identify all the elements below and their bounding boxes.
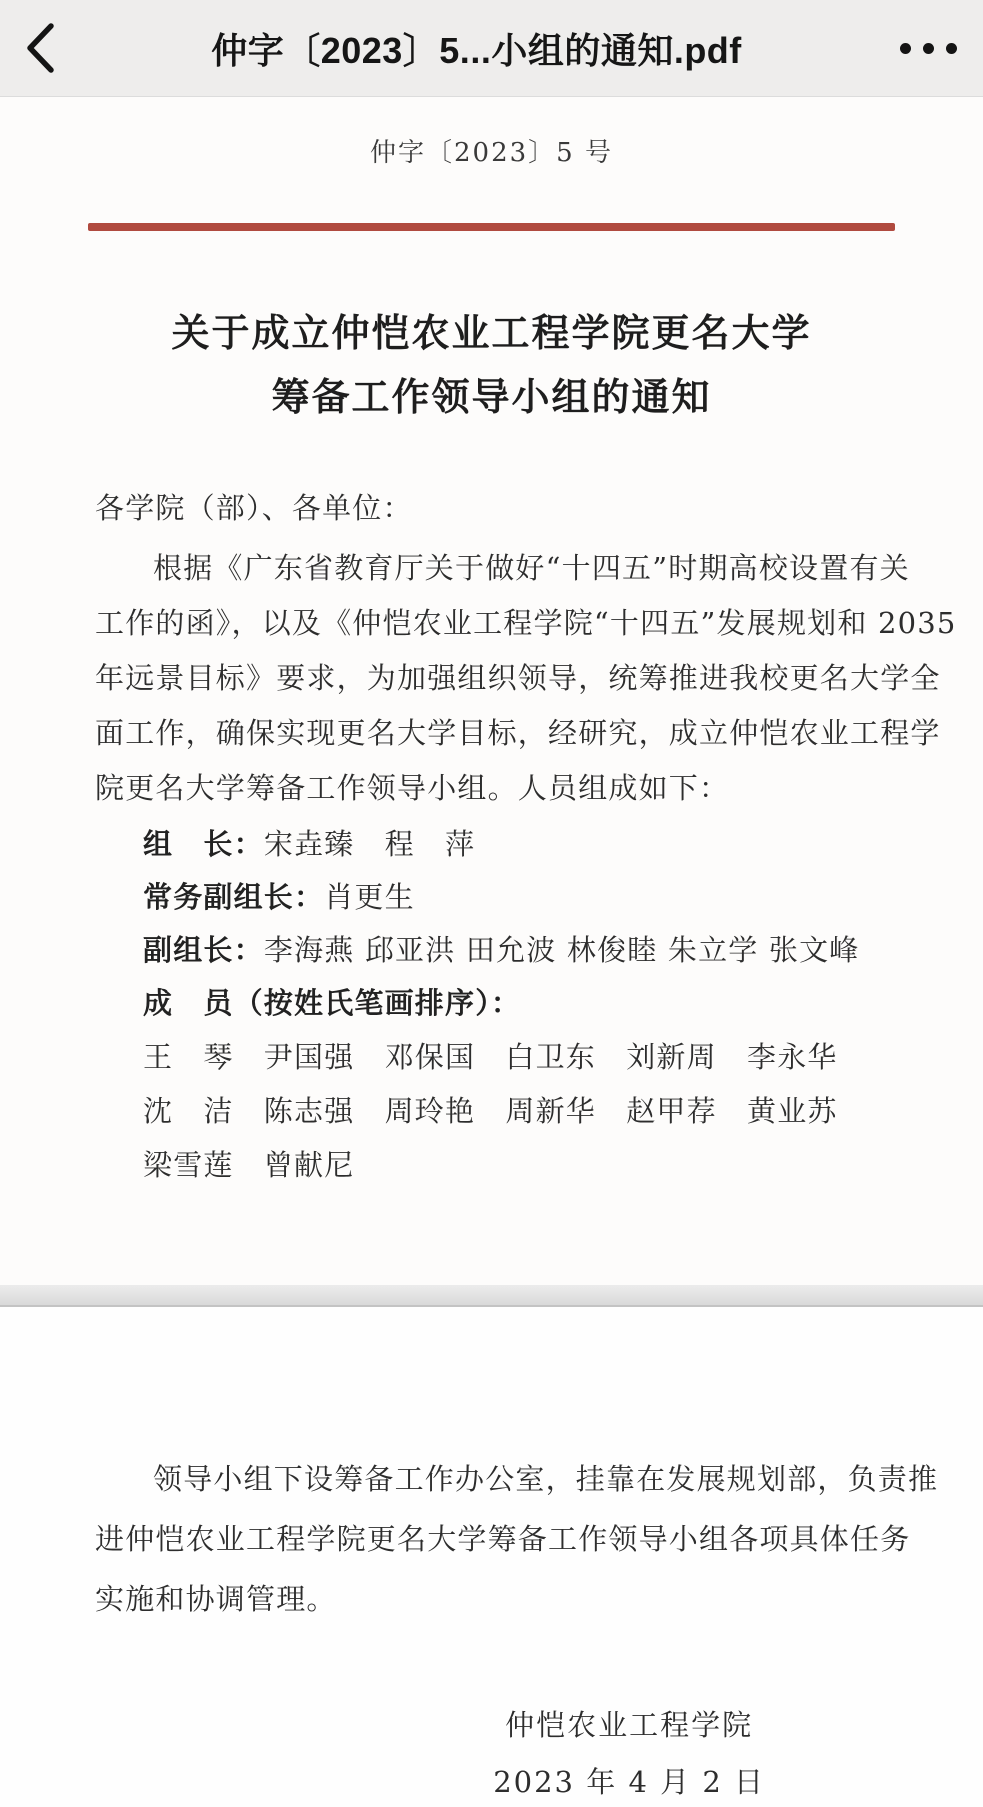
pdf-page-1: 仲字〔2023〕5 号 关于成立仲恺农业工程学院更名大学 筹备工作领导小组的通知… — [0, 97, 983, 1285]
ellipsis-dot-icon — [900, 43, 911, 54]
paragraph-line: 年远景目标》要求，为加强组织领导，统筹推进我校更名大学全 — [95, 651, 891, 706]
signature-date: 2023 年 4 月 2 日 — [493, 1754, 765, 1807]
more-options-button[interactable] — [873, 0, 983, 97]
paragraph-2: 领导小组下设筹备工作办公室，挂靠在发展规划部，负责推 进仲恺农业工程学院更名大学… — [95, 1449, 891, 1629]
document-title-line1: 关于成立仲恺农业工程学院更名大学 — [0, 301, 983, 365]
roster-label: 副组长： — [143, 933, 264, 967]
paragraph-line: 工作的函》，以及《仲恺农业工程学院“十四五”发展规划和 2035 — [95, 596, 891, 651]
signer-name: 仲恺农业工程学院 — [493, 1697, 765, 1754]
member-line: 梁雪莲 曾献尼 — [95, 1138, 891, 1192]
screenshot-root: { "header": { "title": "仲字〔2023〕5...小组的通… — [0, 0, 983, 1807]
paragraph-line: 实施和协调管理。 — [95, 1569, 891, 1629]
roster-label: 成 员（按姓氏笔画排序）： — [143, 986, 521, 1020]
roster-names: 李海燕 邱亚洪 田允波 林俊睦 朱立学 张文峰 — [264, 933, 860, 967]
paragraph-line: 根据《广东省教育厅关于做好“十四五”时期高校设置有关 — [95, 541, 891, 596]
member-line: 王 琴 尹国强 邓保国 白卫东 刘新周 李永华 — [95, 1030, 891, 1084]
app-header: 仲字〔2023〕5...小组的通知.pdf — [0, 0, 983, 97]
pdf-page-2: 领导小组下设筹备工作办公室，挂靠在发展规划部，负责推 进仲恺农业工程学院更名大学… — [0, 1307, 983, 1807]
member-name-list: 王 琴 尹国强 邓保国 白卫东 刘新周 李永华 沈 洁 陈志强 周玲艳 周新华 … — [95, 1030, 891, 1192]
red-divider-rule — [88, 223, 895, 231]
roster-row-leader: 组 长：宋垚臻 程 萍 — [95, 818, 891, 871]
roster-names: 宋垚臻 程 萍 — [264, 827, 475, 861]
back-button[interactable] — [0, 0, 80, 97]
roster-label: 组 长： — [143, 827, 264, 861]
document-title-line2: 筹备工作领导小组的通知 — [0, 365, 983, 429]
ellipsis-dot-icon — [923, 43, 934, 54]
roster-row-exec-deputy: 常务副组长：肖更生 — [95, 871, 891, 924]
member-line: 沈 洁 陈志强 周玲艳 周新华 赵甲荐 黄业苏 — [95, 1084, 891, 1138]
roster-label: 常务副组长： — [143, 880, 324, 914]
document-title: 关于成立仲恺农业工程学院更名大学 筹备工作领导小组的通知 — [0, 301, 983, 429]
roster-row-deputies: 副组长：李海燕 邱亚洪 田允波 林俊睦 朱立学 张文峰 — [95, 924, 891, 977]
signature-block: 仲恺农业工程学院 2023 年 4 月 2 日 — [493, 1697, 765, 1807]
paragraph-1: 根据《广东省教育厅关于做好“十四五”时期高校设置有关 工作的函》，以及《仲恺农业… — [95, 541, 891, 816]
leadership-roster: 组 长：宋垚臻 程 萍 常务副组长：肖更生 副组长：李海燕 邱亚洪 田允波 林俊… — [95, 818, 891, 1030]
page-separator — [0, 1285, 983, 1307]
back-chevron-icon — [25, 22, 55, 74]
paragraph-line: 面工作，确保实现更名大学目标，经研究，成立仲恺农业工程学 — [95, 706, 891, 761]
document-number: 仲字〔2023〕5 号 — [0, 132, 983, 169]
ellipsis-dot-icon — [946, 43, 957, 54]
file-title: 仲字〔2023〕5...小组的通知.pdf — [80, 23, 873, 74]
paragraph-line: 领导小组下设筹备工作办公室，挂靠在发展规划部，负责推 — [95, 1449, 891, 1509]
roster-names: 肖更生 — [324, 880, 415, 914]
roster-row-members-heading: 成 员（按姓氏笔画排序）： — [95, 977, 891, 1030]
paragraph-line: 进仲恺农业工程学院更名大学筹备工作领导小组各项具体任务 — [95, 1509, 891, 1569]
salutation: 各学院（部）、各单位： — [95, 485, 891, 531]
pdf-viewport[interactable]: 仲字〔2023〕5 号 关于成立仲恺农业工程学院更名大学 筹备工作领导小组的通知… — [0, 97, 983, 1807]
paragraph-line: 院更名大学筹备工作领导小组。人员组成如下： — [95, 761, 891, 816]
